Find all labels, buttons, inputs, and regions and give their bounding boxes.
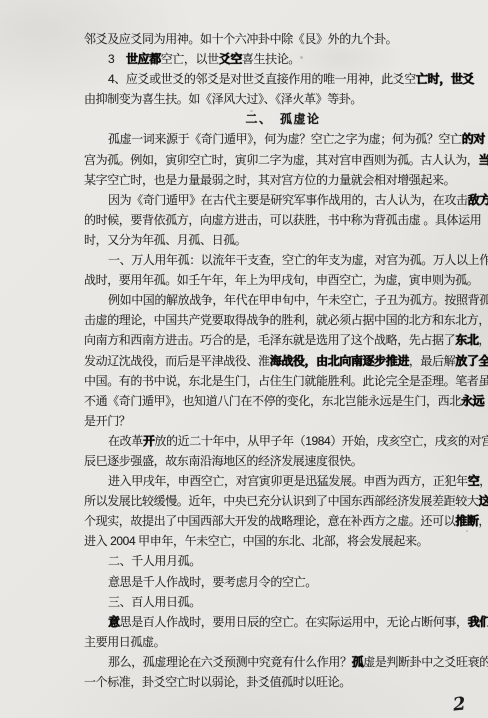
body-text: 孤虚一词来源于《奇门遁甲》，何为虚？空亡之字为虚；何为孤？空亡 xyxy=(108,132,462,146)
body-text: 空亡，以世 xyxy=(161,52,219,66)
text-line: 的时候，要背依孤方，向虚方进击，可以获胜，书中称为背孤击虚 。具体运用 xyxy=(84,210,482,230)
body-text: 由抑制变为喜生扶。如《泽风大过》、《泽火革》等卦。 xyxy=(84,92,362,106)
retraced-text: 永远 xyxy=(461,394,484,408)
retraced-text: 我们 xyxy=(468,615,488,629)
retraced-text: 这 xyxy=(478,494,488,508)
body-text: 某字空亡时，也是力量最弱之时，其对宫方位的力量就会相对增强起来。 xyxy=(84,173,455,187)
text-line: 发动辽沈战役，而后是平津战役、淮海战役，由北向南逐步推进，最后解放了全 xyxy=(84,351,482,371)
body-text: 虚是判断卦中之爻旺衰的 xyxy=(363,655,488,669)
body-text: ， xyxy=(478,333,488,347)
scan-speck xyxy=(300,56,303,59)
retraced-text: 亡时，世爻 xyxy=(416,72,474,86)
text-line: 不通《奇门遁甲》，也知道八门在不停的变化，东北岂能永远是生门，西北永远 xyxy=(84,391,482,411)
retraced-text: 推断 xyxy=(455,514,478,528)
text-line: 三、百人用日孤。 xyxy=(84,592,482,612)
text-line: 进入 2004 甲申年，午未空亡，中国的东北、北部，将会发展起来。 xyxy=(84,531,482,551)
body-text: 个现实，故提出了中国西部大开发的战略理论，意在补西方之虚。还可以 xyxy=(84,514,455,528)
body-text: 邻爻及应爻同为用神。如十个六冲卦中除《艮》外的九个卦。 xyxy=(84,32,397,46)
retraced-text: 意 xyxy=(108,615,120,629)
body-text: 一、万人用年孤：以流年干支查，空亡的年支为虚，对宫为孤。万人以上作 xyxy=(108,253,488,267)
body-text: 因为《奇门遁甲》在古代主要是研究军事作战用的，古人认为，在攻击 xyxy=(108,193,468,207)
body-text: 二、 孤虚论 xyxy=(245,112,320,126)
body-text: 在改革 xyxy=(108,434,143,448)
retraced-text: 敌方 xyxy=(468,193,488,207)
body-text: 宫为孤。例如，寅卯空亡时，寅卯二字为虚，其对宫申酉则为孤。古人认为， xyxy=(84,153,478,167)
text-line: 一个标准，卦爻空亡时以弱论，卦爻值孤时以旺论。 xyxy=(84,672,482,692)
body-text: 三、百人用日孤。 xyxy=(108,595,201,609)
scan-speck xyxy=(466,530,468,532)
text-line: 意思是百人作战时，要用日辰的空亡。在实际运用中，无论占断何事，我们 xyxy=(84,612,482,632)
retraced-text: 爻空 xyxy=(219,52,242,66)
body-text: 意思是千人作战时，要考虑月令的空亡。 xyxy=(108,575,317,589)
body-text: 3 xyxy=(108,52,126,66)
body-text: 是开门？ xyxy=(84,414,130,428)
text-line: 因为《奇门遁甲》在古代主要是研究军事作战用的，古人认为，在攻击敌方 xyxy=(84,190,482,210)
text-line: 意思是千人作战时，要考虑月令的空亡。 xyxy=(84,572,482,592)
body-text: ，最后解 xyxy=(409,354,455,368)
text-line: 进入甲戌年，申酉空亡，对宫寅卯更是迅猛发展。申酉为西方，正犯年空， xyxy=(84,471,482,491)
body-text: 那么，孤虚理论在六爻预测中究竟有什么作用？ xyxy=(108,655,352,669)
scan-speck xyxy=(250,110,253,112)
text-line: 时，又分为年孤、月孤、日孤。 xyxy=(84,230,482,250)
retraced-text: 开 xyxy=(143,434,155,448)
text-line: 中国。有的书中说，东北是生门，占住生门就能胜利。此论完全是歪理。笔者虽 xyxy=(84,371,482,391)
text-line: 孤虚一词来源于《奇门遁甲》，何为虚？空亡之字为虚；何为孤？空亡的对 xyxy=(84,129,482,149)
text-line: 辰巳逐步强盛，故东南沿海地区的经济发展速度很快。 xyxy=(84,451,482,471)
retraced-text: 放了全 xyxy=(455,354,488,368)
text-line: 一、万人用年孤：以流年干支查，空亡的年支为虚，对宫为孤。万人以上作 xyxy=(84,250,482,270)
text-line: 那么，孤虚理论在六爻预测中究竟有什么作用？孤虚是判断卦中之爻旺衰的 xyxy=(84,652,482,672)
text-line: 3 世应都空亡，以世爻空喜生扶论。 xyxy=(84,49,482,69)
body-text: 放的近二十年中，从甲子年（1984）开始，戌亥空亡，戌亥的对宫 xyxy=(154,434,488,448)
text-line: 向南方和西南方进击。巧合的是，毛泽东就是选用了这个战略，先占据了东北， xyxy=(84,330,482,350)
section-heading: 二、 孤虚论 xyxy=(84,109,482,129)
body-text: 思是百人作战时，要用日辰的空亡。在实际运用中，无论占断何事， xyxy=(120,615,468,629)
text-line: 宫为孤。例如，寅卯空亡时，寅卯二字为虚，其对宫申酉则为孤。古人认为，当 xyxy=(84,150,482,170)
body-text: 一个标准，卦爻空亡时以弱论，卦爻值孤时以旺论。 xyxy=(84,675,351,689)
body-text: 例如中国的解放战争，年代在甲申旬中，午未空亡，子丑为孤方。按照背孤 xyxy=(108,293,488,307)
body-text: 主要用日孤虚。 xyxy=(84,635,165,649)
retraced-text: 当 xyxy=(478,153,488,167)
text-line: 是开门？ xyxy=(84,411,482,431)
body-text: ， xyxy=(479,474,488,488)
body-text: 进入 2004 甲申年，午未空亡，中国的东北、北部，将会发展起来。 xyxy=(84,534,428,548)
body-text: 发动辽沈战役，而后是平津战役、淮 xyxy=(84,354,270,368)
retraced-text: 海战役，由北向南逐步推进 xyxy=(270,354,409,368)
text-line: 在改革开放的近二十年中，从甲子年（1984）开始，戌亥空亡，戌亥的对宫 xyxy=(84,431,482,451)
text-line: 所以发展比较缓慢。近年，中央已充分认识到了中国东西部经济发展差距较大这 xyxy=(84,491,482,511)
retraced-text: 的对 xyxy=(462,132,485,146)
text-line: 4、应爻或世爻的邻爻是对世爻直接作用的唯一用神，此爻空亡时，世爻 xyxy=(84,69,482,89)
text-line: 某字空亡时，也是力量最弱之时，其对宫方位的力量就会相对增强起来。 xyxy=(84,170,482,190)
retraced-text: 孤 xyxy=(352,655,364,669)
retraced-text: 东北 xyxy=(455,333,478,347)
scanned-page: 邻爻及应爻同为用神。如十个六冲卦中除《艮》外的九个卦。3 世应都空亡，以世爻空喜… xyxy=(0,0,488,718)
retraced-text: 世应都 xyxy=(126,52,161,66)
body-text: 战时，要用年孤。如壬午年，年上为甲戌旬，申酉空亡，为虚，寅申则为孤。 xyxy=(84,273,478,287)
body-text: 的时候，要背依孤方，向虚方进击，可以获胜，书中称为背孤击虚 。具体运用 xyxy=(84,213,481,227)
body-text: 不通《奇门遁甲》，也知道八门在不停的变化，东北岂能永远是生门，西北 xyxy=(84,394,461,408)
page-number: 2 xyxy=(452,693,467,715)
body-text: 中国。有的书中说，东北是生门，占住生门就能胜利。此论完全是歪理。笔者虽 xyxy=(84,374,488,388)
body-text: 二、千人用月孤。 xyxy=(108,554,201,568)
body-text: 所以发展比较缓慢。近年，中央已充分认识到了中国东西部经济发展差距较大 xyxy=(84,494,478,508)
text-line: 主要用日孤虚。 xyxy=(84,632,482,652)
text-line: 个现实，故提出了中国西部大开发的战略理论，意在补西方之虚。还可以推断， xyxy=(84,511,482,531)
page-text: 邻爻及应爻同为用神。如十个六冲卦中除《艮》外的九个卦。3 世应都空亡，以世爻空喜… xyxy=(84,29,482,692)
text-line: 邻爻及应爻同为用神。如十个六冲卦中除《艮》外的九个卦。 xyxy=(84,29,482,49)
body-text: 喜生扶论。 xyxy=(242,52,300,66)
text-line: 击虚的理论，中国共产党要取得战争的胜利，就必须占据中国的北方和东北方， xyxy=(84,310,482,330)
body-text: 4、应爻或世爻的邻爻是对世爻直接作用的唯一用神，此爻空 xyxy=(108,72,416,86)
text-line: 由抑制变为喜生扶。如《泽风大过》、《泽火革》等卦。 xyxy=(84,89,482,109)
text-line: 例如中国的解放战争，年代在甲申旬中，午未空亡，子丑为孤方。按照背孤 xyxy=(84,290,482,310)
body-text: ， xyxy=(478,514,488,528)
body-text: 进入甲戌年，申酉空亡，对宫寅卯更是迅猛发展。申酉为西方，正犯年 xyxy=(108,474,468,488)
retraced-text: 空 xyxy=(468,474,480,488)
body-text: 时，又分为年孤、月孤、日孤。 xyxy=(84,233,246,247)
body-text: 辰巳逐步强盛，故东南沿海地区的经济发展速度很快。 xyxy=(84,454,362,468)
body-text: 向南方和西南方进击。巧合的是，毛泽东就是选用了这个战略，先占据了 xyxy=(84,333,455,347)
text-line: 二、千人用月孤。 xyxy=(84,551,482,571)
text-line: 战时，要用年孤。如壬午年，年上为甲戌旬，申酉空亡，为虚，寅申则为孤。 xyxy=(84,270,482,290)
body-text: 击虚的理论，中国共产党要取得战争的胜利，就必须占据中国的北方和东北方， xyxy=(84,313,488,327)
